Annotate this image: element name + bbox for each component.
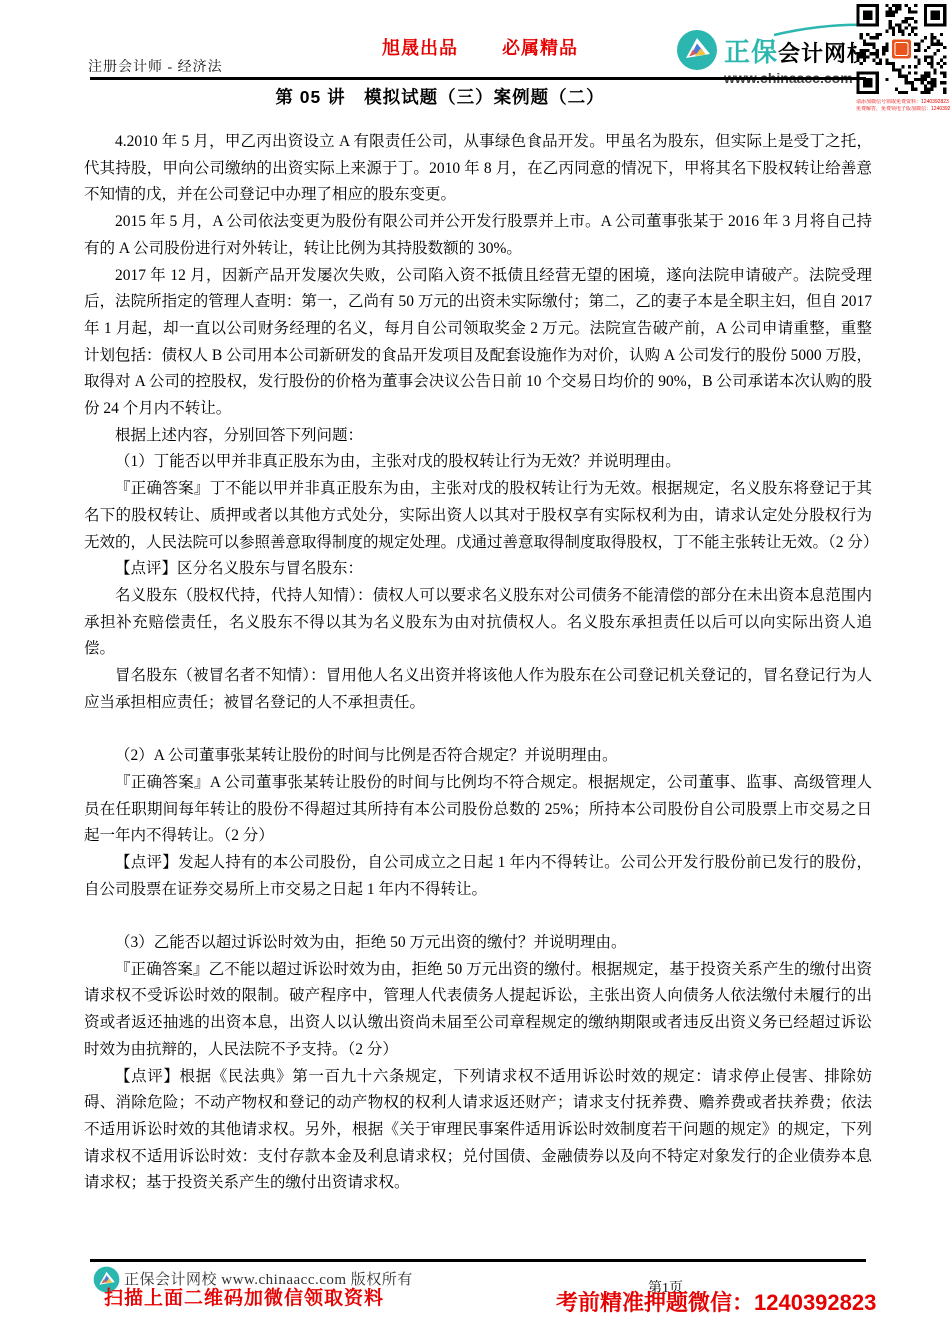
body-paragraph: （1）丁能否以甲并非真正股东为由，主张对戊的股权转让行为无效？并说明理由。 [84, 449, 872, 476]
body-paragraph: 【点评】发起人持有的本公司股份，自公司成立之日起 1 年内不得转让。公司公开发行… [84, 850, 872, 903]
body-paragraph: 『正确答案』丁不能以甲并非真正股东为由，主张对戊的股权转让行为无效。根据规定，名… [84, 476, 872, 556]
header-divider [90, 77, 866, 80]
brand-name-highlight: 正保 [724, 32, 778, 69]
body-paragraph: （3）乙能否以超过诉讼时效为由，拒绝 50 万元出资的缴付？并说明理由。 [84, 930, 872, 957]
body-paragraph: 根据上述内容，分别回答下列问题： [84, 423, 872, 450]
body-paragraph: 【点评】区分名义股东与冒名股东： [84, 556, 872, 583]
document-page: 旭晟出品 必属精品 注册会计师 - 经济法 正保 会计网校 www.chinaa… [0, 0, 950, 1344]
body-paragraph: 『正确答案』A 公司董事张某转让股份的时间与比例均不符合规定。根据规定，公司董事… [84, 770, 872, 850]
page-title: 第 05 讲 模拟试题（三）案例题（二） [0, 84, 880, 109]
body-paragraph: 【点评】根据《民法典》第一百九十六条规定，下列请求权不适用诉讼时效的规定：请求停… [84, 1064, 872, 1198]
qr-code [856, 4, 950, 94]
body-paragraph: （2）A 公司董事张某转让股份的时间与比例是否符合规定？并说明理由。 [84, 743, 872, 770]
body-paragraph: 名义股东（股权代持，代持人知情）：债权人可以要求名义股东对公司债务不能清偿的部分… [84, 583, 872, 663]
body-paragraph: 冒名股东（被冒名者不知情）：冒用他人名义出资并将该他人作为股东在公司登记机关登记… [84, 663, 872, 716]
body-paragraph: 2015 年 5 月，A 公司依法变更为股份有限公司并公开发行股票并上市。A 公… [84, 209, 872, 262]
footer-wechat-tip: 考前精准押题微信：1240392823 [556, 1286, 876, 1317]
document-body: 4.2010 年 5 月，甲乙丙出资设立 A 有限责任公司，从事绿色食品开发。甲… [84, 129, 872, 1197]
slogan-left: 旭晟出品 [382, 34, 458, 60]
header-slogan: 旭晟出品 必属精品 [240, 34, 720, 60]
course-label: 注册会计师 - 经济法 [88, 56, 223, 76]
body-paragraph: 4.2010 年 5 月，甲乙丙出资设立 A 有限责任公司，从事绿色食品开发。甲… [84, 129, 872, 209]
body-paragraph: 『正确答案』乙不能以超过诉讼时效为由，拒绝 50 万元出资的缴付。根据规定，基于… [84, 957, 872, 1064]
slogan-right: 必属精品 [502, 34, 578, 60]
footer-scan-tip: 扫描上面二维码加微信领取资料 [104, 1283, 384, 1310]
brand-mark-icon [676, 29, 718, 76]
footer-divider [90, 1259, 866, 1262]
body-paragraph: 2017 年 12 月，因新产品开发屡次失败，公司陷入资不抵债且经营无望的困境，… [84, 263, 872, 423]
